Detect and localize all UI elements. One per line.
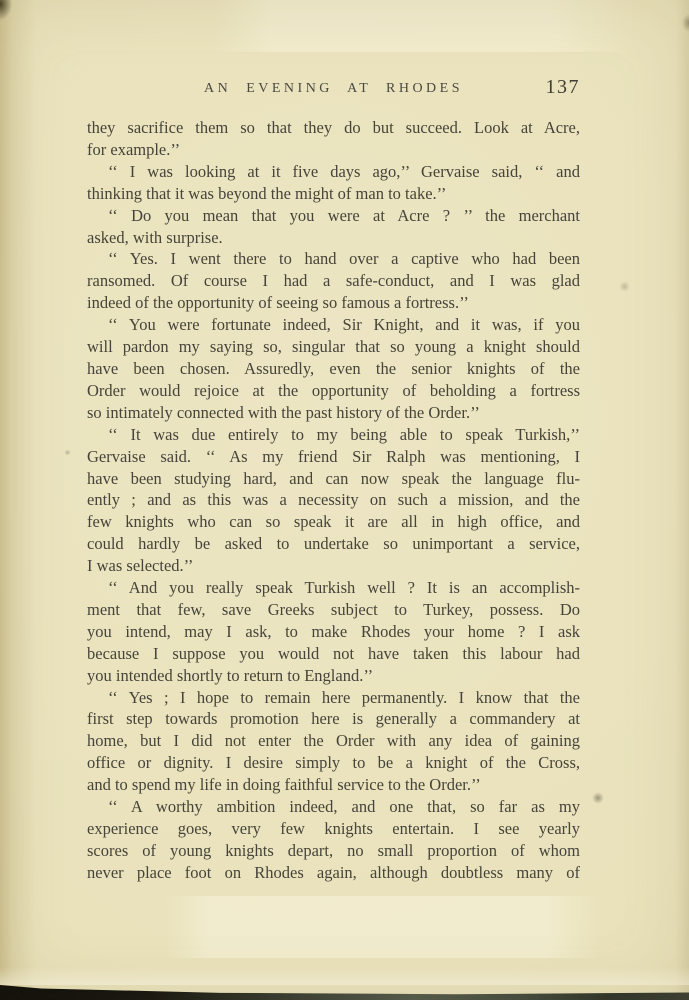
paragraph: ‘‘ Yes. I went there to hand over a capt… xyxy=(87,248,580,314)
running-header: AN EVENING AT RHODES 137 xyxy=(87,81,580,105)
paragraph: ‘‘ I was looking at it five days ago,’’ … xyxy=(87,161,580,205)
paragraph: they sacrifice them so that they do but … xyxy=(87,117,580,161)
text-line: have been studying hard, and can now spe… xyxy=(87,468,580,490)
text-line: ransomed. Of course I had a safe-conduct… xyxy=(87,270,580,292)
text-line: and to spend my life in doing faithful s… xyxy=(87,774,580,796)
text-line: ‘‘ I was looking at it five days ago,’’ … xyxy=(87,161,580,183)
paragraph: ‘‘ A worthy ambition indeed, and one tha… xyxy=(87,796,580,884)
paragraph: ‘‘ It was due entirely to my being able … xyxy=(87,424,580,577)
text-line: ‘‘ Do you mean that you were at Acre ? ’… xyxy=(87,205,580,227)
margin-speck xyxy=(64,450,71,455)
text-block: they sacrifice them so that they do but … xyxy=(87,117,580,884)
text-line: asked, with surprise. xyxy=(87,227,580,249)
page-right-shade xyxy=(675,0,689,1000)
text-line: you intended shortly to return to Englan… xyxy=(87,665,580,687)
text-line: first step towards promotion here is gen… xyxy=(87,708,580,730)
text-line: they sacrifice them so that they do but … xyxy=(87,117,580,139)
page-bottom-edge-highlight xyxy=(0,967,689,985)
text-line: experience goes, very few knights entert… xyxy=(87,818,580,840)
text-line: indeed of the opportunity of seeing so f… xyxy=(87,292,580,314)
smudge-dot xyxy=(592,792,604,804)
text-line: scores of young knights depart, no small… xyxy=(87,840,580,862)
page-number: 137 xyxy=(546,76,581,99)
paragraph: ‘‘ And you really speak Turkish well ? I… xyxy=(87,577,580,687)
text-line: thinking that it was beyond the might of… xyxy=(87,183,580,205)
text-line: ‘‘ A worthy ambition indeed, and one tha… xyxy=(87,796,580,818)
text-line: for example.’’ xyxy=(87,139,580,161)
text-line: ently ; and as this was a necessity on s… xyxy=(87,489,580,511)
text-line: Order would rejoice at the opportunity o… xyxy=(87,380,580,402)
text-line: ‘‘ Yes ; I hope to remain here permanent… xyxy=(87,687,580,709)
text-line: ‘‘ And you really speak Turkish well ? I… xyxy=(87,577,580,599)
text-line: never place foot on Rhodes again, althou… xyxy=(87,862,580,884)
scan-corner-mark-top-left xyxy=(0,0,12,20)
smudge-dot xyxy=(619,281,630,292)
text-line: ment that few, save Greeks subject to Tu… xyxy=(87,599,580,621)
text-line: ‘‘ Yes. I went there to hand over a capt… xyxy=(87,248,580,270)
text-line: will pardon my saying so, singular that … xyxy=(87,336,580,358)
text-line: office or dignity. I desire simply to be… xyxy=(87,752,580,774)
text-line: home, but I did not enter the Order with… xyxy=(87,730,580,752)
scan-light-band-top xyxy=(212,0,636,52)
text-line: ‘‘ You were fortunate indeed, Sir Knight… xyxy=(87,314,580,336)
paragraph: ‘‘ Yes ; I hope to remain here permanent… xyxy=(87,687,580,797)
text-line: ‘‘ It was due entirely to my being able … xyxy=(87,424,580,446)
paragraph: ‘‘ You were fortunate indeed, Sir Knight… xyxy=(87,314,580,424)
text-line: Gervaise said. ‘‘ As my friend Sir Ralph… xyxy=(87,446,580,468)
text-line: you intend, may I ask, to make Rhodes yo… xyxy=(87,621,580,643)
text-line: I was selected.’’ xyxy=(87,555,580,577)
scan-corner-mark-top-right xyxy=(682,14,689,32)
scan-light-band-bottom xyxy=(165,896,600,958)
text-line: have been chosen. Assuredly, even the se… xyxy=(87,358,580,380)
paragraph: ‘‘ Do you mean that you were at Acre ? ’… xyxy=(87,205,580,249)
scan-bottom-edge xyxy=(0,983,689,1000)
text-line: few knights who can so speak it are all … xyxy=(87,511,580,533)
text-line: so intimately connected with the past hi… xyxy=(87,402,580,424)
running-header-title: AN EVENING AT RHODES xyxy=(87,81,580,97)
text-line: because I suppose you would not have tak… xyxy=(87,643,580,665)
text-line: could hardly be asked to undertake so un… xyxy=(87,533,580,555)
page-gutter-shadow xyxy=(0,0,36,1000)
page-scan: AN EVENING AT RHODES 137 they sacrifice … xyxy=(0,0,689,1000)
